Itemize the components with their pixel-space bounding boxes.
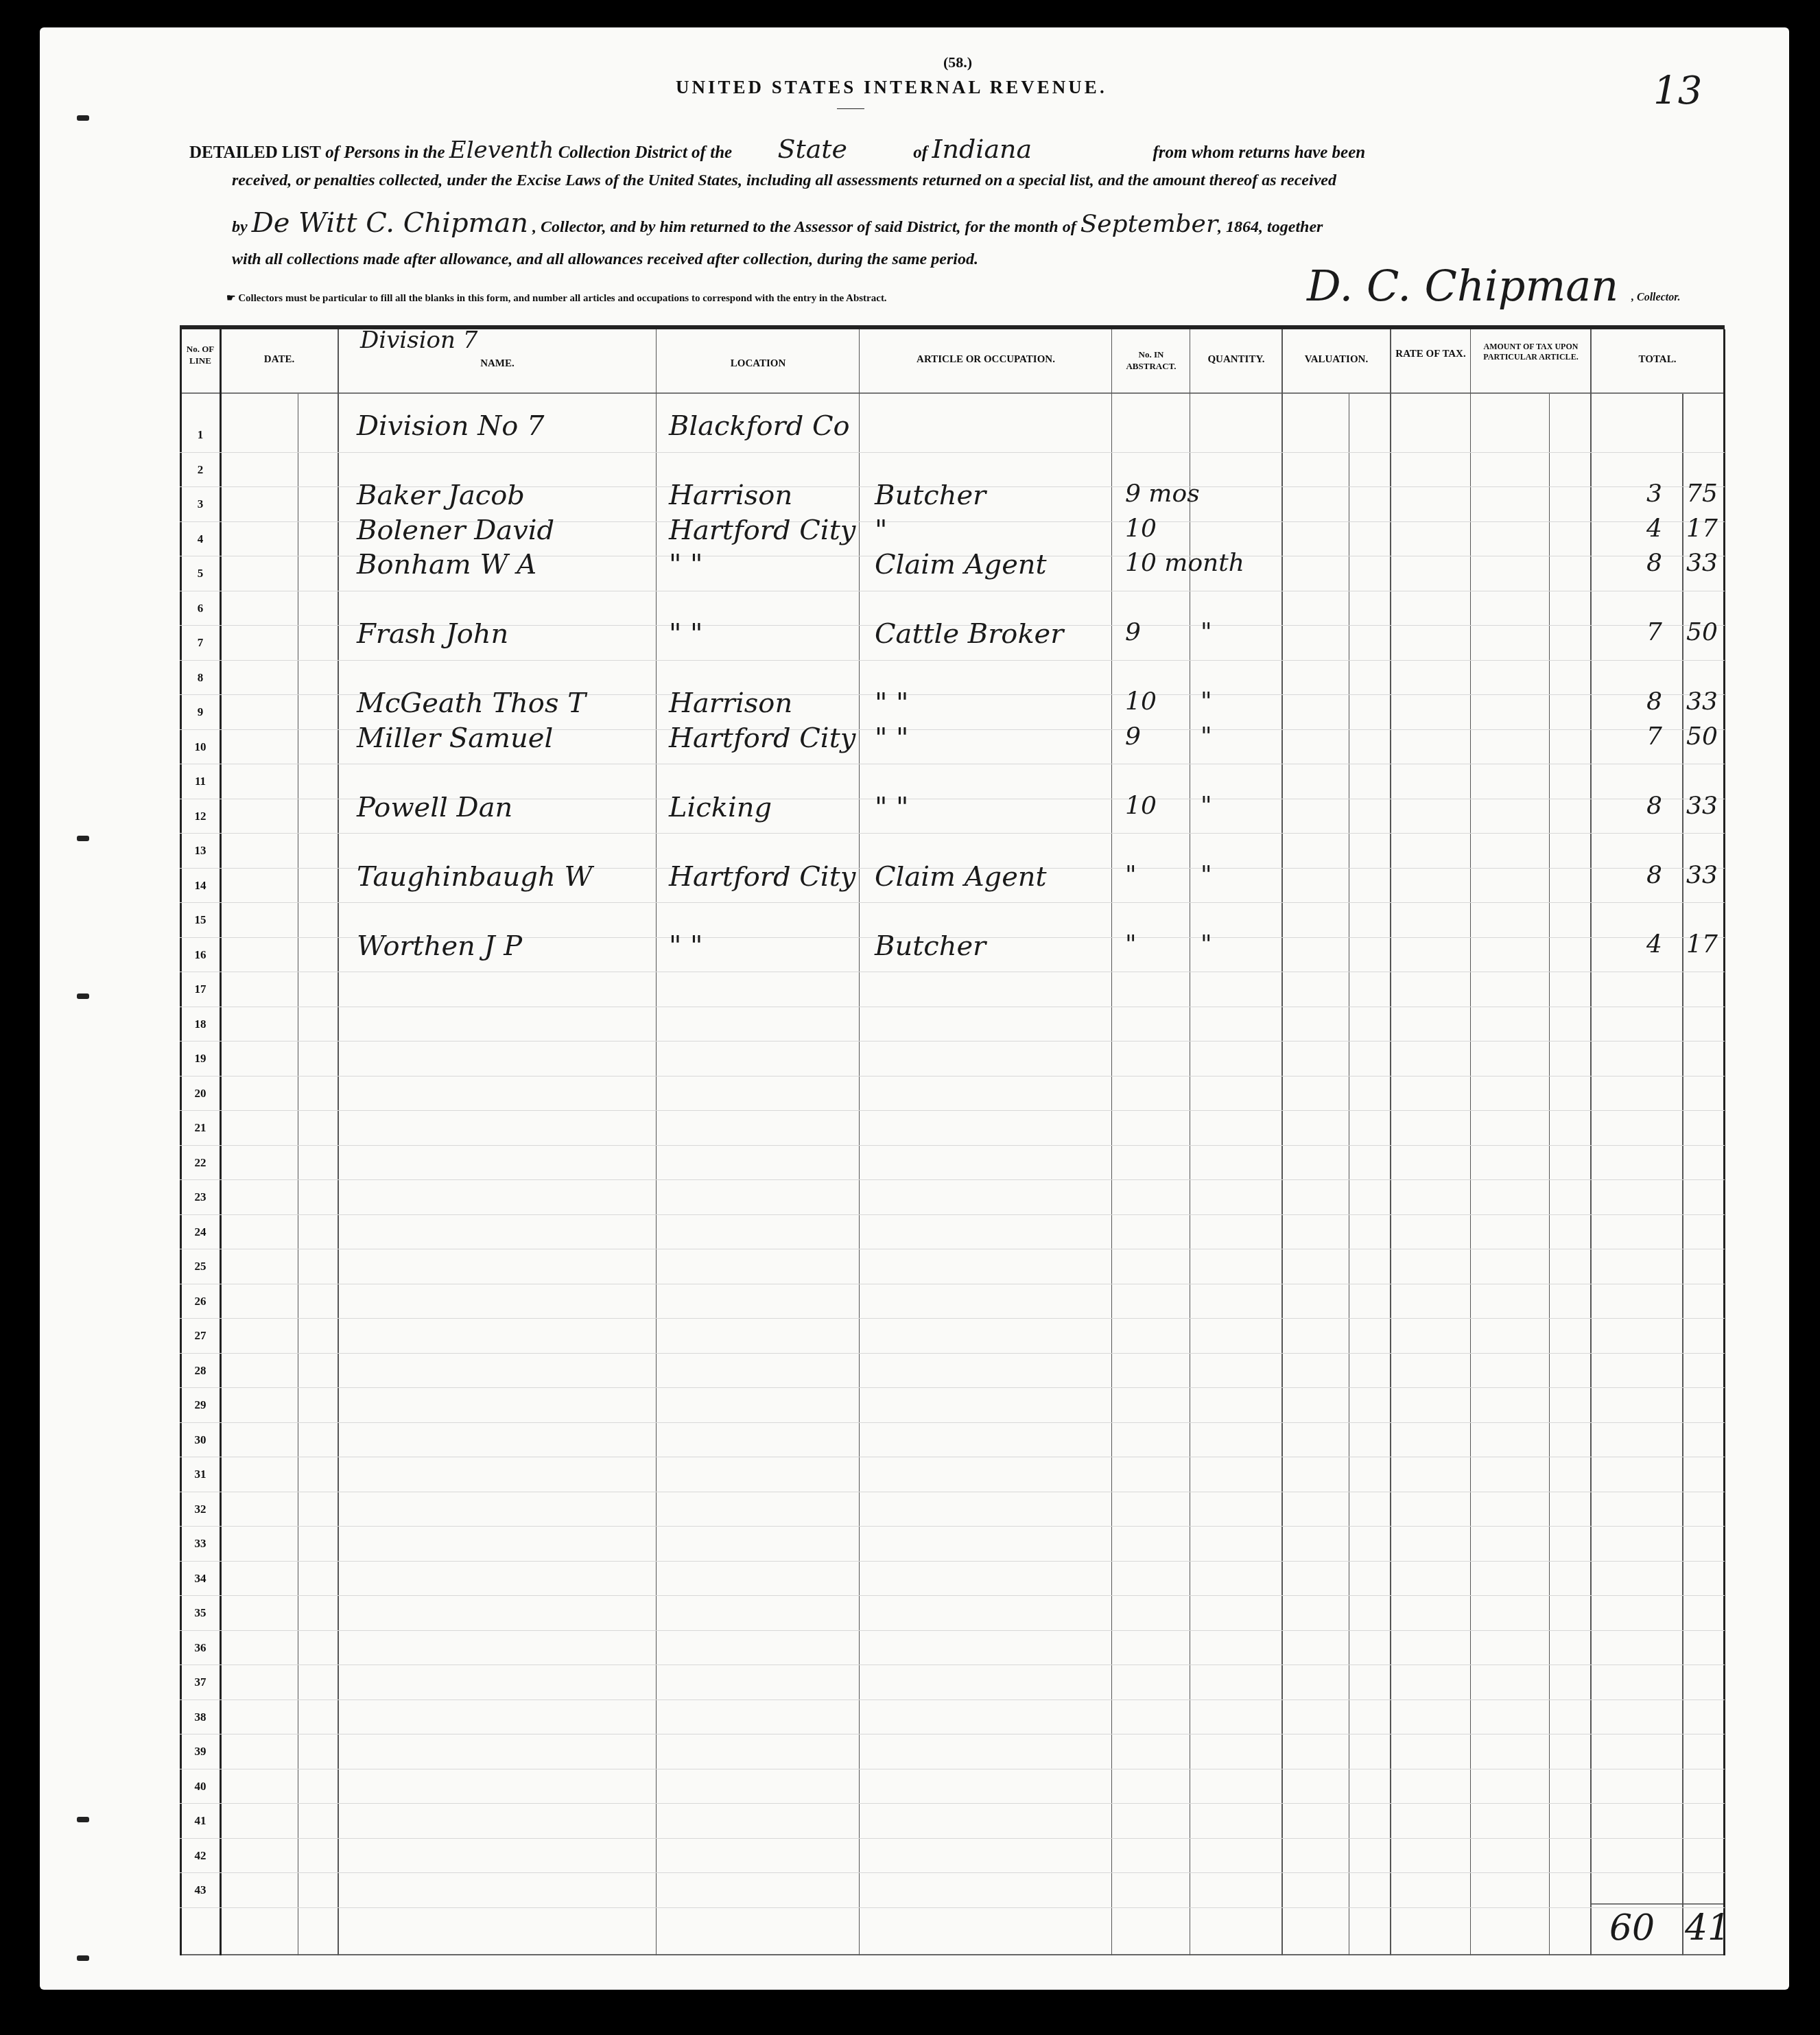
- line-number: 17: [181, 983, 220, 996]
- row-rule: [180, 660, 1725, 661]
- col-line: [1470, 329, 1471, 1955]
- article-cell: " ": [875, 722, 909, 754]
- col-line: [1111, 329, 1112, 1955]
- article-cell: ": [875, 515, 887, 546]
- total-cents-cell: 50: [1686, 618, 1718, 646]
- row-rule: [180, 1249, 1725, 1249]
- quantity-cell: ": [1201, 722, 1212, 751]
- col-header-amount: AMOUNT OF TAX UPON PARTICULAR ARTICLE.: [1472, 342, 1590, 362]
- col-line: [656, 329, 657, 1955]
- col-line: [298, 394, 298, 1955]
- location-cell: " ": [669, 930, 703, 962]
- line-number: 2: [181, 463, 220, 477]
- row-rule: [180, 902, 1725, 903]
- grand-total-cents: 41: [1685, 1907, 1730, 1949]
- total-dollars-cell: 7: [1646, 722, 1662, 751]
- col-header-line: No. OF LINE: [181, 343, 220, 366]
- document-page: [40, 27, 1789, 1990]
- line-number: 23: [181, 1190, 220, 1204]
- line-number: 43: [181, 1883, 220, 1897]
- col-header-abstract: No. IN ABSTRACT.: [1113, 349, 1190, 372]
- name-cell: Baker Jacob: [357, 480, 525, 511]
- location-cell: " ": [669, 549, 703, 580]
- line-number: 8: [181, 671, 220, 685]
- row-rule: [180, 452, 1725, 453]
- margin-mark: [77, 115, 89, 121]
- col-header-date: DATE.: [221, 354, 338, 366]
- row-rule: [180, 1872, 1725, 1873]
- location-cell: Hartford City: [669, 515, 855, 546]
- line-number: 6: [181, 602, 220, 615]
- row-rule: [180, 591, 1725, 591]
- corner-page-number: 13: [1653, 69, 1702, 113]
- col-line: [1682, 394, 1683, 1955]
- col-header-valuation: VALUATION.: [1283, 354, 1390, 366]
- total-rule: [1592, 1903, 1725, 1905]
- total-dollars-cell: 4: [1646, 515, 1662, 543]
- year-field: , 1864: [1218, 218, 1259, 236]
- location-cell: Licking: [669, 792, 772, 823]
- row-rule: [180, 833, 1725, 834]
- row-rule: [180, 1422, 1725, 1423]
- row-rule: [180, 1179, 1725, 1180]
- col-line: [1723, 329, 1725, 1955]
- page-title: UNITED STATES INTERNAL REVENUE.: [676, 77, 1107, 98]
- col-line: [1281, 329, 1283, 1955]
- line-number: 19: [181, 1052, 220, 1066]
- line-number: 9: [181, 705, 220, 719]
- total-cents-cell: 50: [1686, 722, 1718, 751]
- row-rule: [180, 1665, 1725, 1665]
- line-number: 14: [181, 879, 220, 893]
- total-cents-cell: 33: [1686, 549, 1718, 577]
- margin-mark: [77, 836, 89, 841]
- col-line: [1349, 394, 1349, 1955]
- line-number: 25: [181, 1260, 220, 1273]
- abstract-cell: 10: [1125, 515, 1157, 543]
- line-number: 31: [181, 1468, 220, 1481]
- total-dollars-cell: 4: [1646, 930, 1662, 958]
- col-line: [1390, 329, 1391, 1955]
- total-cents-cell: 33: [1686, 861, 1718, 889]
- row-rule: [180, 1145, 1725, 1146]
- line-number: 15: [181, 913, 220, 927]
- row-rule: [180, 1769, 1725, 1769]
- name-cell: McGeath Thos T: [357, 687, 586, 719]
- line-number: 39: [181, 1745, 220, 1758]
- row-rule: [180, 1526, 1725, 1527]
- state-label-field: State: [777, 134, 847, 164]
- row-rule: [180, 1214, 1725, 1215]
- abstract-cell: ": [1125, 861, 1137, 889]
- col-header-quantity: QUANTITY.: [1191, 354, 1281, 366]
- row-rule: [180, 972, 1725, 972]
- col-line: [338, 329, 339, 1955]
- name-cell: Bonham W A: [357, 549, 536, 580]
- line-number: 24: [181, 1225, 220, 1239]
- quantity-cell: ": [1201, 687, 1212, 716]
- line-number: 13: [181, 844, 220, 858]
- col-header-location: LOCATION: [657, 358, 859, 370]
- article-cell: " ": [875, 792, 909, 823]
- name-cell: Division No 7: [357, 410, 544, 442]
- row-rule: [180, 1076, 1725, 1077]
- row-rule: [180, 1318, 1725, 1319]
- row-rule: [180, 1007, 1725, 1007]
- header-line-1: DETAILED LIST of Persons in the Eleventh…: [189, 134, 1365, 164]
- row-rule: [180, 1699, 1725, 1700]
- line-number: 34: [181, 1572, 220, 1586]
- abstract-cell: 9 mos: [1125, 480, 1200, 508]
- page-number: (58.): [943, 54, 972, 71]
- line-number: 4: [181, 532, 220, 546]
- line-number: 37: [181, 1675, 220, 1689]
- line-number: 38: [181, 1710, 220, 1724]
- location-cell: " ": [669, 618, 703, 650]
- total-cents-cell: 17: [1686, 515, 1718, 543]
- margin-mark: [77, 1955, 89, 1961]
- location-cell: Harrison: [669, 480, 792, 511]
- line-number: 11: [181, 775, 220, 788]
- location-cell: Blackford Co: [669, 410, 850, 442]
- abstract-cell: 10: [1125, 687, 1157, 716]
- quantity-cell: ": [1201, 861, 1212, 889]
- col-header-rate: RATE OF TAX.: [1391, 349, 1470, 360]
- row-rule: [180, 764, 1725, 764]
- month-field: September: [1080, 210, 1218, 238]
- abstract-cell: 9: [1125, 618, 1141, 646]
- line-number: 33: [181, 1537, 220, 1551]
- line-number: 5: [181, 567, 220, 580]
- collector-signature: D. C. Chipman: [1307, 261, 1618, 311]
- row-rule: [180, 1595, 1725, 1596]
- total-cents-cell: 33: [1686, 792, 1718, 820]
- divider: [837, 108, 864, 109]
- col-line: [1549, 394, 1550, 1955]
- col-line: [1590, 329, 1592, 1955]
- quantity-cell: ": [1201, 618, 1212, 646]
- line-number: 16: [181, 948, 220, 962]
- name-cell: Bolener David: [357, 515, 554, 546]
- article-cell: Cattle Broker: [875, 618, 1063, 650]
- line-number: 26: [181, 1295, 220, 1308]
- header-bottom-rule: [180, 392, 1725, 394]
- row-rule: [180, 1561, 1725, 1562]
- line-number: 30: [181, 1433, 220, 1447]
- col-line: [220, 329, 222, 1955]
- margin-mark: [77, 1817, 89, 1822]
- line-number: 1: [181, 428, 220, 442]
- line-number: 22: [181, 1156, 220, 1170]
- col-header-name: NAME.: [339, 358, 656, 370]
- margin-mark: [77, 993, 89, 999]
- row-rule: [180, 1492, 1725, 1492]
- row-rule: [180, 1353, 1725, 1354]
- article-cell: Claim Agent: [875, 861, 1047, 893]
- header-line-4: with all collections made after allowanc…: [232, 250, 978, 269]
- line-number: 18: [181, 1017, 220, 1031]
- row-rule: [180, 1838, 1725, 1839]
- line-number: 28: [181, 1364, 220, 1378]
- row-rule: [180, 1284, 1725, 1284]
- total-dollars-cell: 8: [1646, 549, 1662, 577]
- abstract-cell: 10: [1125, 792, 1157, 820]
- quantity-cell: ": [1201, 792, 1212, 820]
- line-number: 41: [181, 1814, 220, 1828]
- quantity-cell: ": [1201, 930, 1212, 958]
- line-number: 29: [181, 1398, 220, 1412]
- name-header-note: Division 7: [360, 327, 477, 354]
- total-dollars-cell: 8: [1646, 792, 1662, 820]
- row-rule: [180, 1457, 1725, 1457]
- location-cell: Hartford City: [669, 722, 855, 754]
- line-number: 21: [181, 1121, 220, 1135]
- line-number: 12: [181, 810, 220, 823]
- name-cell: Powell Dan: [357, 792, 512, 823]
- abstract-cell: 10 month: [1125, 549, 1244, 577]
- total-dollars-cell: 7: [1646, 618, 1662, 646]
- name-cell: Taughinbaugh W: [357, 861, 593, 893]
- line-number: 10: [181, 740, 220, 754]
- article-cell: " ": [875, 687, 909, 719]
- total-cents-cell: 75: [1686, 480, 1718, 508]
- article-cell: Butcher: [875, 480, 986, 511]
- pointing-hand-icon: ☛: [226, 293, 235, 304]
- total-dollars-cell: 8: [1646, 687, 1662, 716]
- name-cell: Frash John: [357, 618, 508, 650]
- row-rule: [180, 1041, 1725, 1042]
- signature-suffix: , Collector.: [1631, 292, 1681, 304]
- line-number: 42: [181, 1849, 220, 1863]
- name-cell: Worthen J P: [357, 930, 522, 962]
- abstract-cell: ": [1125, 930, 1137, 958]
- line-number: 20: [181, 1087, 220, 1101]
- col-line: [859, 329, 860, 1955]
- district-field: Eleventh: [449, 137, 554, 164]
- line-number: 7: [181, 636, 220, 650]
- row-rule: [180, 1803, 1725, 1804]
- header-line-2: received, or penalties collected, under …: [232, 172, 1336, 190]
- row-rule: [180, 1907, 1725, 1908]
- location-cell: Hartford City: [669, 861, 855, 893]
- total-dollars-cell: 8: [1646, 861, 1662, 889]
- name-cell: Miller Samuel: [357, 722, 553, 754]
- table-bottom-rule: [180, 1954, 1725, 1955]
- detailed-list-label: DETAILED LIST: [189, 143, 321, 162]
- total-cents-cell: 17: [1686, 930, 1718, 958]
- row-rule: [180, 1110, 1725, 1111]
- col-header-total: TOTAL.: [1592, 354, 1723, 366]
- row-rule: [180, 1630, 1725, 1631]
- state-field: Indiana: [932, 134, 1032, 164]
- line-number: 32: [181, 1503, 220, 1516]
- total-dollars-cell: 3: [1646, 480, 1662, 508]
- location-cell: Harrison: [669, 687, 792, 719]
- row-rule: [180, 1734, 1725, 1734]
- total-cents-cell: 33: [1686, 687, 1718, 716]
- article-cell: Butcher: [875, 930, 986, 962]
- article-cell: Claim Agent: [875, 549, 1047, 580]
- line-number: 36: [181, 1641, 220, 1655]
- abstract-cell: 9: [1125, 722, 1141, 751]
- collector-name-field: De Witt C. Chipman: [252, 207, 528, 239]
- line-number: 40: [181, 1780, 220, 1793]
- header-line-3: by De Witt C. Chipman , Collector, and b…: [232, 207, 1323, 239]
- line-number: 27: [181, 1329, 220, 1343]
- row-rule: [180, 1387, 1725, 1388]
- grand-total-dollars: 60: [1609, 1907, 1655, 1949]
- instruction-note: ☛ Collectors must be particular to fill …: [226, 292, 887, 305]
- line-number: 35: [181, 1606, 220, 1620]
- line-number: 3: [181, 497, 220, 511]
- col-header-article: ARTICLE OR OCCUPATION.: [860, 354, 1111, 366]
